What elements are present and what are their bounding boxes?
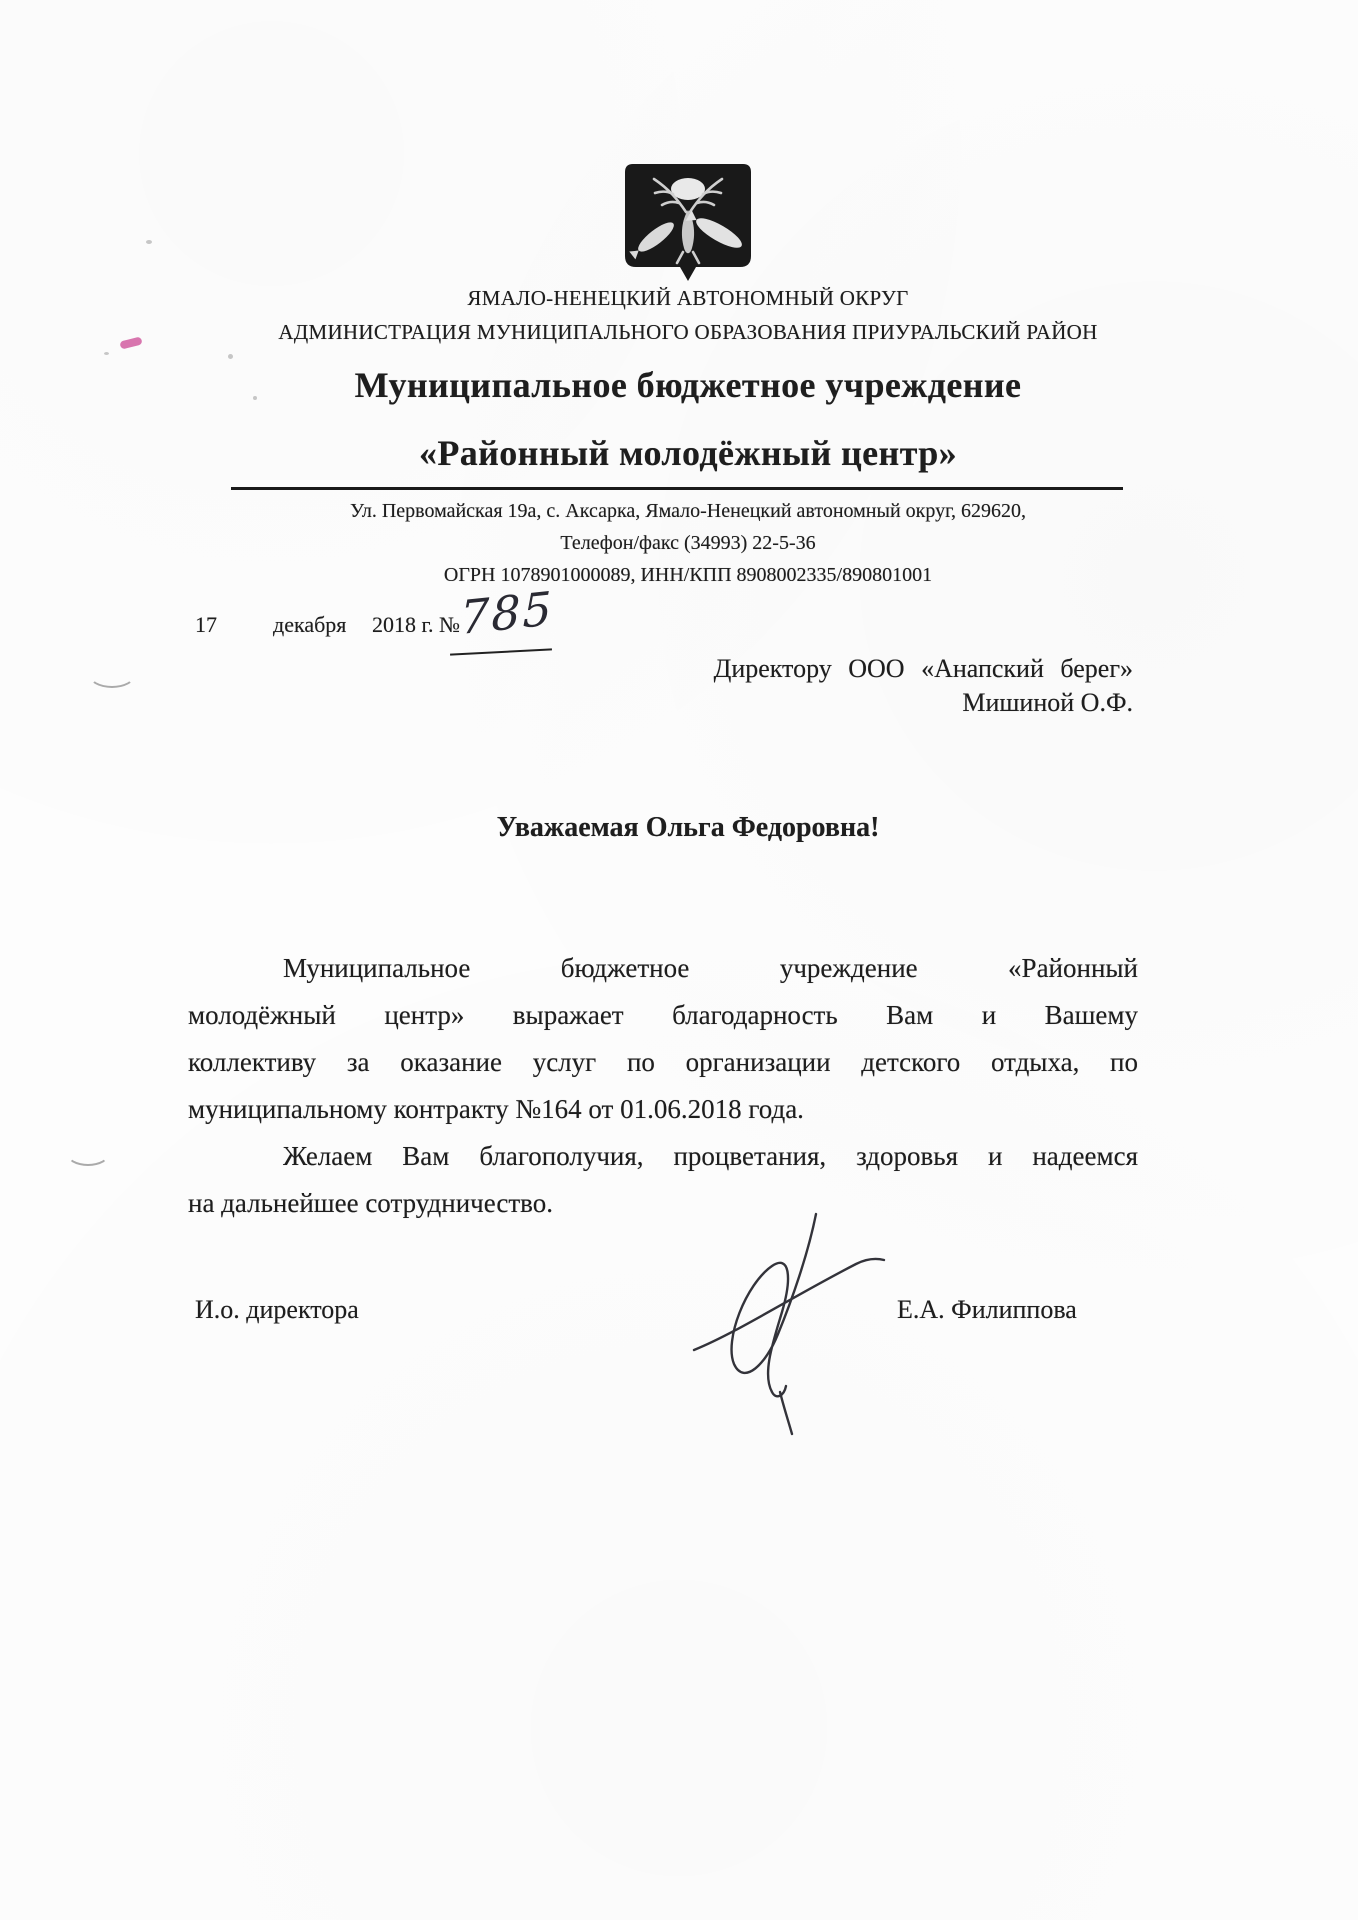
handwritten-outgoing-number: 785 — [460, 581, 553, 645]
org-name-line2: «Районный молодёжный центр» — [28, 432, 1348, 474]
body-line: Желаем Вам благополучия, процветания, зд… — [188, 1136, 1138, 1183]
letterhead-divider-rule — [231, 487, 1123, 490]
scanned-letter-page: { "document": { "header": { "emblem_icon… — [0, 0, 1358, 1920]
scan-speck — [228, 354, 233, 359]
header-region-line: ЯМАЛО-НЕНЕЦКИЙ АВТОНОМНЫЙ ОКРУГ — [28, 286, 1348, 311]
salutation-line: Уважаемая Ольга Федоровна! — [28, 812, 1348, 844]
letter-body: Муниципальное бюджетное учреждение «Райо… — [188, 948, 1138, 1230]
body-line: коллективу за оказание услуг по организа… — [188, 1042, 1138, 1089]
handwritten-signature — [688, 1212, 898, 1437]
scan-speck — [104, 352, 109, 355]
org-name-line1: Муниципальное бюджетное учреждение — [28, 364, 1348, 406]
reference-date-month: декабря — [273, 612, 346, 638]
header-administration-line: АДМИНИСТРАЦИЯ МУНИЦИПАЛЬНОГО ОБРАЗОВАНИЯ… — [28, 320, 1348, 345]
scan-speck — [146, 240, 152, 244]
addressee-line2: Мишиной О.Ф. — [633, 686, 1133, 720]
org-registration-line: ОГРН 1078901000089, ИНН/КПП 8908002335/8… — [28, 564, 1348, 587]
scan-arc-artifact — [66, 1140, 110, 1166]
signer-position: И.о. директора — [195, 1295, 359, 1325]
org-address-line: Ул. Первомайская 19а, с. Аксарка, Ямало-… — [28, 500, 1348, 523]
scan-speck — [253, 396, 257, 400]
addressee-line1: Директору ООО «Анапский берег» — [633, 652, 1133, 686]
body-line: молодёжный центр» выражает благодарность… — [188, 995, 1138, 1042]
signer-name: Е.А. Филиппова — [897, 1295, 1077, 1325]
coat-of-arms-icon — [623, 162, 753, 284]
body-line: муниципальному контракту №164 от 01.06.2… — [188, 1089, 1138, 1136]
body-line: Муниципальное бюджетное учреждение «Райо… — [188, 948, 1138, 995]
org-phone-line: Телефон/факс (34993) 22-5-36 — [28, 532, 1348, 555]
body-line: на дальнейшее сотрудничество. — [188, 1183, 1138, 1230]
reference-year-number-label: 2018 г. № — [372, 612, 460, 638]
reference-date-day: 17 — [195, 612, 217, 638]
scan-arc-artifact — [88, 660, 136, 688]
